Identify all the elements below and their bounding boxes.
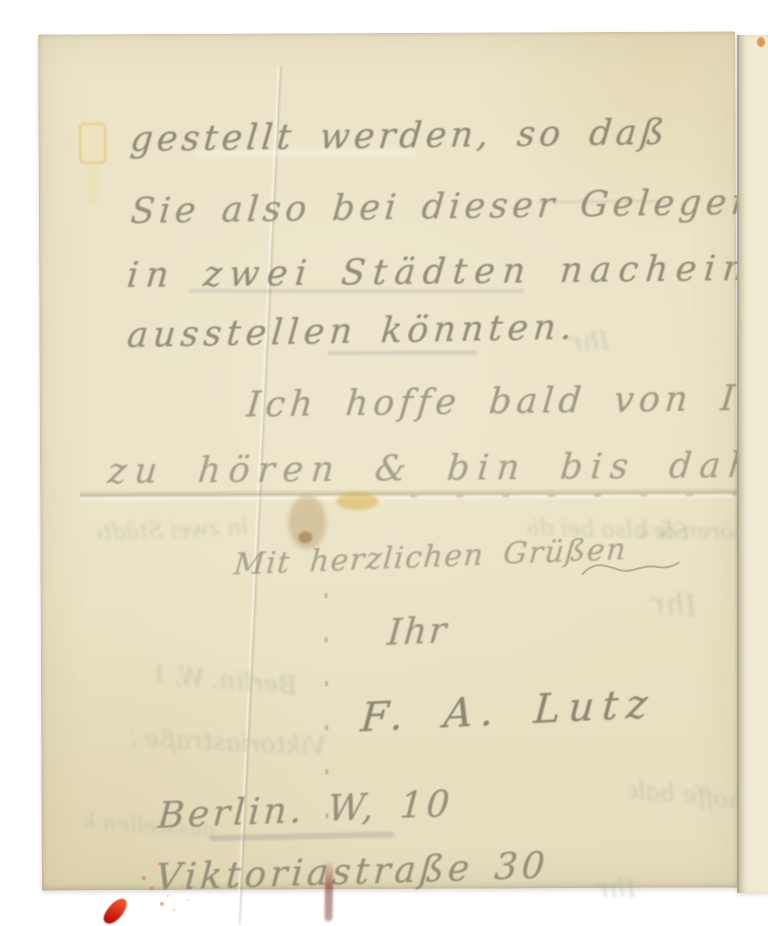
- body-line-1: gestellt werden, so daß: [129, 113, 670, 160]
- body-line-5: Ich hoffe bald von Ihnen: [245, 378, 768, 426]
- body-line-2: Sie also bei dieser Gelegenheit: [129, 181, 768, 232]
- bleedthrough-ghost-text: Ihr: [594, 874, 636, 904]
- rust-streak: [324, 859, 333, 921]
- bleedthrough-ghost-text: Ihr: [596, 583, 698, 624]
- letter-photograph: Ihr in zwei Städten nacheinander Sie als…: [0, 0, 768, 926]
- red-speckles: [142, 876, 146, 880]
- signature: F. A. Lutz: [359, 681, 657, 741]
- valediction: Ihr: [386, 610, 450, 654]
- body-line-4: ausstellen könnten.: [126, 308, 579, 356]
- crease-spot: [298, 531, 312, 543]
- body-line-3: in zwei Städten nacheinander: [125, 247, 768, 296]
- bleedthrough-ghost-text: Viktoriastraße 30: [131, 723, 327, 761]
- body-line-6: zu hören & bin bis dahin: [106, 445, 768, 492]
- address-line-city: Berlin. W, 10: [157, 784, 454, 837]
- letter-page: Ihr in zwei Städten nacheinander Sie als…: [38, 31, 739, 890]
- address-line-street: Viktoriastraße 30: [154, 846, 550, 899]
- yellow-streak-stain: [85, 162, 99, 206]
- closing-flourish-stroke: [580, 554, 680, 582]
- crease-stain-yellow: [336, 492, 378, 510]
- bleedthrough-ghost-text: Berlin. W, 10: [156, 660, 298, 700]
- second-leaf-edge: [737, 35, 768, 893]
- red-wax-smear: [100, 895, 130, 926]
- tape-residue-stain: [79, 122, 107, 164]
- bleedthrough-ghost-text: in zwei Städten nacheinander: [98, 515, 249, 546]
- orange-fleck: [757, 37, 765, 47]
